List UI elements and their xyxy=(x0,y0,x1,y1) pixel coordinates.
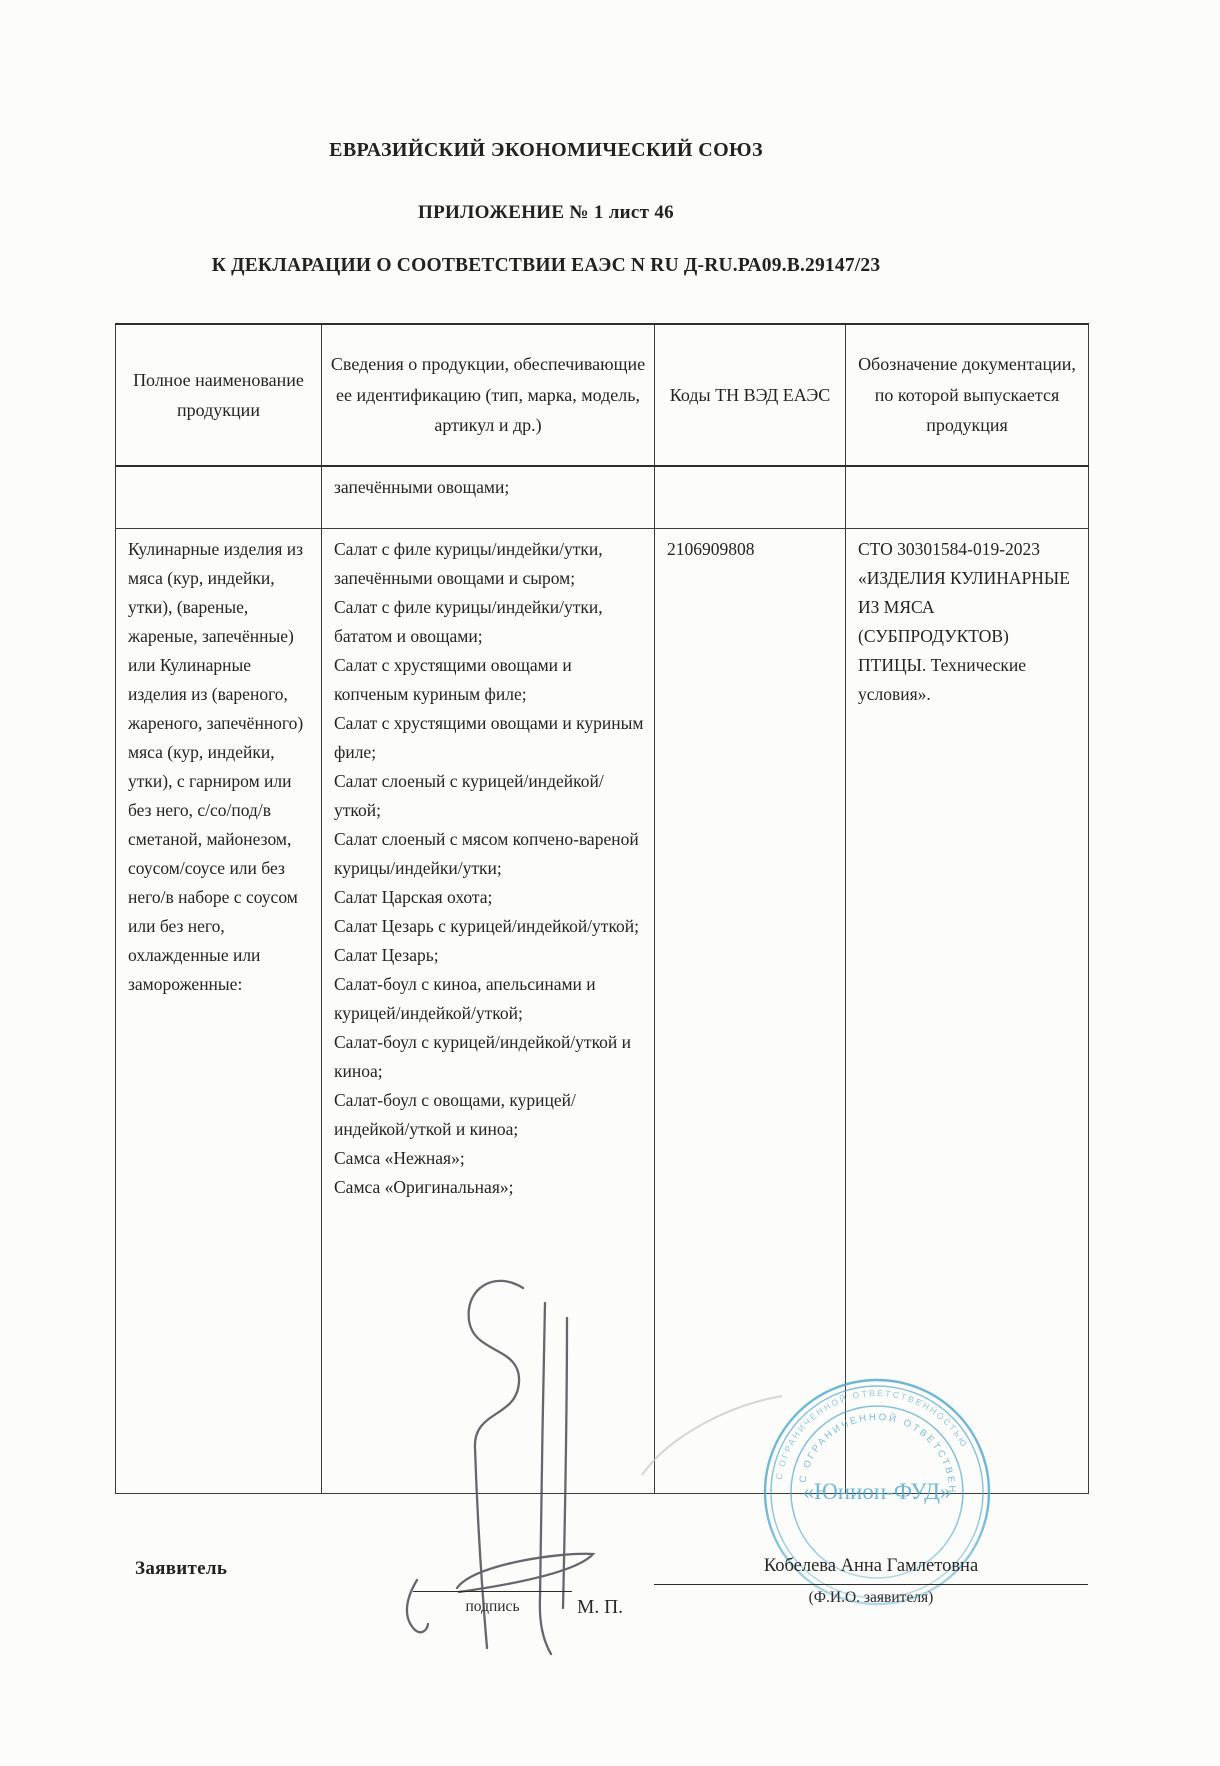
list-item: Самса «Оригинальная»; xyxy=(334,1173,644,1202)
list-item: Салат Цезарь с курицей/индейкой/уткой; xyxy=(334,912,644,941)
stamp-company-name: «Юнион-ФУД» xyxy=(803,1479,952,1504)
list-item: Салат слоеный с мясом копчено-вареной ку… xyxy=(334,825,644,883)
list-item: Салат с филе курицы/индейки/утки, запечё… xyxy=(334,535,644,593)
table-row: запечёнными овощами; xyxy=(116,466,1089,529)
list-item: Самса «Нежная»; xyxy=(334,1144,644,1173)
list-item: Салат слоеный с курицей/индейкой/уткой; xyxy=(334,767,644,825)
cell-identification-continuation: запечёнными овощами; xyxy=(322,466,655,529)
header-product-name: Полное наименование продукции xyxy=(116,324,322,466)
applicant-name-block: Кобелева Анна Гамлетовна (Ф.И.О. заявите… xyxy=(654,1556,1088,1607)
applicant-name: Кобелева Анна Гамлетовна xyxy=(654,1556,1088,1577)
header-identification: Сведения о продукции, обеспечивающие ее … xyxy=(322,324,655,466)
list-item: Салат с филе курицы/индейки/утки, батато… xyxy=(334,593,644,651)
signature-caption: подпись xyxy=(413,1598,572,1616)
stamp-place-label: М. П. xyxy=(577,1597,623,1619)
list-item: Салат-боул с курицей/индейкой/уткой и ки… xyxy=(334,1028,644,1086)
header-documentation: Обозначение документации, по которой вып… xyxy=(846,324,1089,466)
list-item: Салат Цезарь; xyxy=(334,941,644,970)
cell-documentation: СТО 30301584-019-2023 «ИЗДЕЛИЯ КУЛИНАРНЫ… xyxy=(846,529,1089,1494)
cell-tnved-code: 2106909808 xyxy=(655,529,846,1494)
cell-product-name-empty xyxy=(116,466,322,529)
document-page: ЕВРАЗИЙСКИЙ ЭКОНОМИЧЕСКИЙ СОЮЗ ПРИЛОЖЕНИ… xyxy=(0,0,1220,1766)
applicant-label: Заявитель xyxy=(135,1558,227,1580)
list-item: Салат-боул с киноа, апельсинами и курице… xyxy=(334,970,644,1028)
union-title: ЕВРАЗИЙСКИЙ ЭКОНОМИЧЕСКИЙ СОЮЗ xyxy=(0,139,1092,162)
cell-doc-empty xyxy=(846,466,1089,529)
declaration-number-title: К ДЕКЛАРАЦИИ О СООТВЕТСТВИИ ЕАЭС N RU Д-… xyxy=(0,255,1092,277)
appendix-title: ПРИЛОЖЕНИЕ № 1 лист 46 xyxy=(0,202,1092,224)
signature-line xyxy=(413,1591,572,1592)
table-header-row: Полное наименование продукции Сведения о… xyxy=(116,324,1089,466)
list-item: Салат-боул с овощами, курицей/индейкой/у… xyxy=(334,1086,644,1144)
cell-code-empty xyxy=(655,466,846,529)
header-tnved-code: Коды ТН ВЭД ЕАЭС xyxy=(655,324,846,466)
cell-product-name: Кулинарные изделия из мяса (кур, индейки… xyxy=(116,529,322,1494)
list-item: Салат Царская охота; xyxy=(334,883,644,912)
applicant-name-caption: (Ф.И.О. заявителя) xyxy=(654,1589,1088,1607)
list-item: Салат с хрустящими овощами и копченым ку… xyxy=(334,651,644,709)
list-item: Салат с хрустящими овощами и куриным фил… xyxy=(334,709,644,767)
applicant-name-line xyxy=(654,1584,1088,1585)
